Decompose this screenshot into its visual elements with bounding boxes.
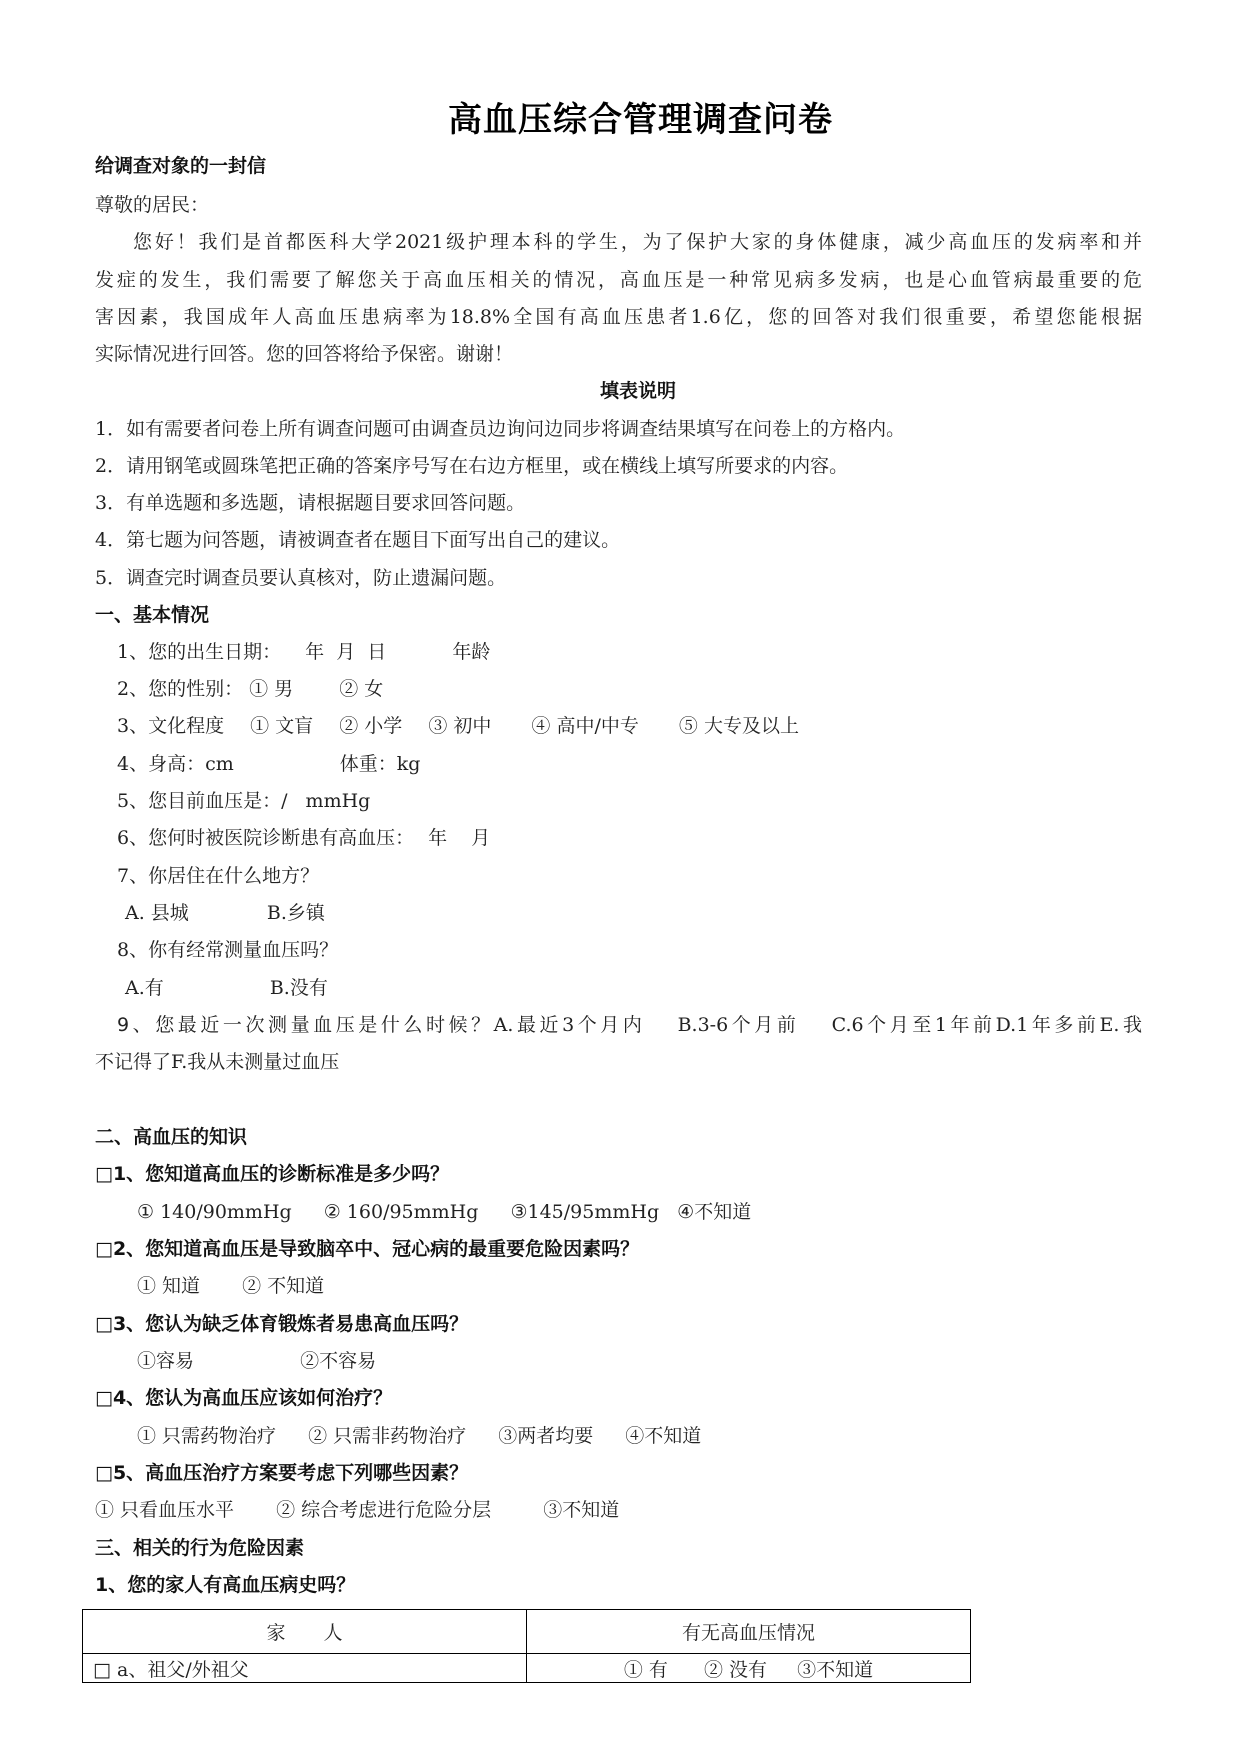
gender-option-male[interactable]: ① 男 [249,678,293,700]
family-history-table: 家 人 有无高血压情况 □ a、祖父/外祖父 ① 有 ② 没有 ③不知道 [82,1609,971,1683]
instruction-item: 1．如有需要者问卷上所有调查问题可由调查员边询问边同步将调查结果填写在问卷上的方… [95,417,905,441]
option[interactable]: ① 只需药物治疗 [137,1425,276,1447]
option[interactable]: ② 不知道 [242,1275,324,1297]
residence-option-town[interactable]: B.乡镇 [267,902,325,924]
option[interactable]: ② 只需非药物治疗 [308,1425,466,1447]
education-option[interactable]: ⑤ 大专及以上 [679,715,799,737]
q5-blood-pressure: 5、您目前血压是：/ mmHg [117,789,370,813]
education-option[interactable]: ② 小学 [339,715,402,737]
q1-birthdate: 1、您的出生日期： 年 月 日 年龄 [117,640,490,664]
diagnosis-month-field[interactable]: 月 [471,827,490,849]
letter-line-3: 害因素，我国成年人高血压患病率为18.8%全国有高血压患者1.6亿，您的回答对我… [95,305,1142,329]
knowledge-q5[interactable]: □5、高血压治疗方案要考虑下列哪些因素？ [95,1461,468,1485]
section1-heading: 一、基本情况 [95,603,209,627]
option[interactable]: ② 综合考虑进行危险分层 [276,1499,491,1521]
q6-diagnosis-date: 6、您何时被医院诊断患有高血压： 年 月 [117,826,490,850]
education-option[interactable]: ④ 高中/中专 [531,715,638,737]
section2-heading: 二、高血压的知识 [95,1125,247,1149]
option[interactable]: ④不知道 [677,1201,751,1223]
weight-field[interactable]: 体重：kg [340,753,421,775]
education-option[interactable]: ③ 初中 [428,715,491,737]
status-options-cell: ① 有 ② 没有 ③不知道 [527,1654,971,1683]
letter-line-2: 发症的发生，我们需要了解您关于高血压相关的情况，高血压是一种常见病多发病，也是心… [95,268,1142,292]
letter-line-4: 实际情况进行回答。您的回答将给予保密。谢谢！ [95,342,513,366]
q9-last-measure-cont[interactable]: 不记得了F.我从未测量过血压 [95,1050,339,1074]
table-header-row: 家 人 有无高血压情况 [83,1610,971,1654]
table-row: □ a、祖父/外祖父 ① 有 ② 没有 ③不知道 [83,1654,971,1683]
education-option[interactable]: ① 文盲 [250,715,313,737]
gender-option-female[interactable]: ② 女 [339,678,383,700]
instruction-item: 4．第七题为问答题，请被调查者在题目下面写出自己的建议。 [95,528,620,552]
instruction-item: 5．调查完时调查员要认真核对，防止遗漏问题。 [95,566,506,590]
knowledge-q3[interactable]: □3、您认为缺乏体育锻炼者易患高血压吗？ [95,1312,468,1336]
measure-option-no[interactable]: B.没有 [270,977,328,999]
option[interactable]: ③两者均要 [498,1425,593,1447]
option[interactable]: ① 只看血压水平 [95,1499,234,1521]
blood-pressure-field[interactable]: 5、您目前血压是：/ [117,790,288,812]
q4-height-weight: 4、身高：cm 体重：kg [117,752,420,776]
letter-heading: 给调查对象的一封信 [95,154,266,178]
knowledge-q5-options: ① 只看血压水平 ② 综合考虑进行危险分层 ③不知道 [95,1498,619,1522]
knowledge-q1-options: ① 140/90mmHg ② 160/95mmHg ③145/95mmHg ④不… [137,1200,751,1224]
section3-heading: 三、相关的行为危险因素 [95,1536,304,1560]
knowledge-q2-options: ① 知道 ② 不知道 [137,1274,324,1298]
knowledge-q4-options: ① 只需药物治疗 ② 只需非药物治疗 ③两者均要 ④不知道 [137,1424,701,1448]
family-member-cell[interactable]: □ a、祖父/外祖父 [83,1654,527,1683]
option[interactable]: ① 知道 [137,1275,200,1297]
column-header-family: 家 人 [83,1610,527,1654]
option[interactable]: ① 有 [624,1659,668,1681]
age-field[interactable]: 年龄 [452,641,490,663]
knowledge-q1[interactable]: □1、您知道高血压的诊断标准是多少吗？ [95,1162,449,1186]
option[interactable]: ①容易 [137,1350,194,1372]
diagnosis-year-field[interactable]: 年 [428,827,447,849]
q3-education: 3、文化程度 ① 文盲 ② 小学 ③ 初中 ④ 高中/中专 ⑤ 大专及以上 [117,714,799,738]
birth-day-field[interactable]: 日 [367,641,386,663]
option[interactable]: ① 140/90mmHg [137,1201,292,1223]
q2-gender: 2、您的性别： ① 男 ② 女 [117,677,383,701]
instruction-item: 3．有单选题和多选题，请根据题目要求回答问题。 [95,491,525,515]
knowledge-q2[interactable]: □2、您知道高血压是导致脑卒中、冠心病的最重要危险因素吗？ [95,1237,639,1261]
option[interactable]: ②不容易 [300,1350,376,1372]
birth-month-field[interactable]: 月 [336,641,355,663]
measure-option-yes[interactable]: A.有 [125,977,164,999]
instructions-heading: 填表说明 [0,379,1241,403]
option[interactable]: ② 160/95mmHg [324,1201,479,1223]
knowledge-q4[interactable]: □4、您认为高血压应该如何治疗？ [95,1386,392,1410]
page-title: 高血压综合管理调查问卷 [0,92,1241,141]
height-field[interactable]: 4、身高：cm [117,753,234,775]
option[interactable]: ② 没有 [704,1659,767,1681]
letter-line-1: 您好！我们是首都医科大学2021级护理本科的学生，为了保护大家的身体健康，减少高… [95,230,1142,254]
knowledge-q3-options: ①容易 ②不容易 [137,1349,376,1373]
q9-last-measure[interactable]: 9、您最近一次测量血压是什么时候？A.最近3个月内 B.3-6个月前 C.6个月… [117,1013,1142,1037]
option[interactable]: ③不知道 [543,1499,619,1521]
q8-measure-often: 8、你有经常测量血压吗？ [117,938,338,962]
residence-option-county[interactable]: A. 县城 [125,902,189,924]
q7-residence: 7、你居住在什么地方？ [117,864,319,888]
birth-year-field[interactable]: 年 [305,641,324,663]
option[interactable]: ③不知道 [797,1659,873,1681]
column-header-status: 有无高血压情况 [527,1610,971,1654]
option[interactable]: ④不知道 [625,1425,701,1447]
option[interactable]: ③145/95mmHg [510,1201,659,1223]
family-history-question: 1、您的家人有高血压病史吗？ [95,1573,355,1597]
letter-salutation: 尊敬的居民： [95,193,209,217]
instruction-item: 2．请用钢笔或圆珠笔把正确的答案序号写在右边方框里，或在横线上填写所要求的内容。 [95,454,848,478]
q8-options: A.有 B.没有 [125,976,328,1000]
q7-options: A. 县城 B.乡镇 [125,901,325,925]
